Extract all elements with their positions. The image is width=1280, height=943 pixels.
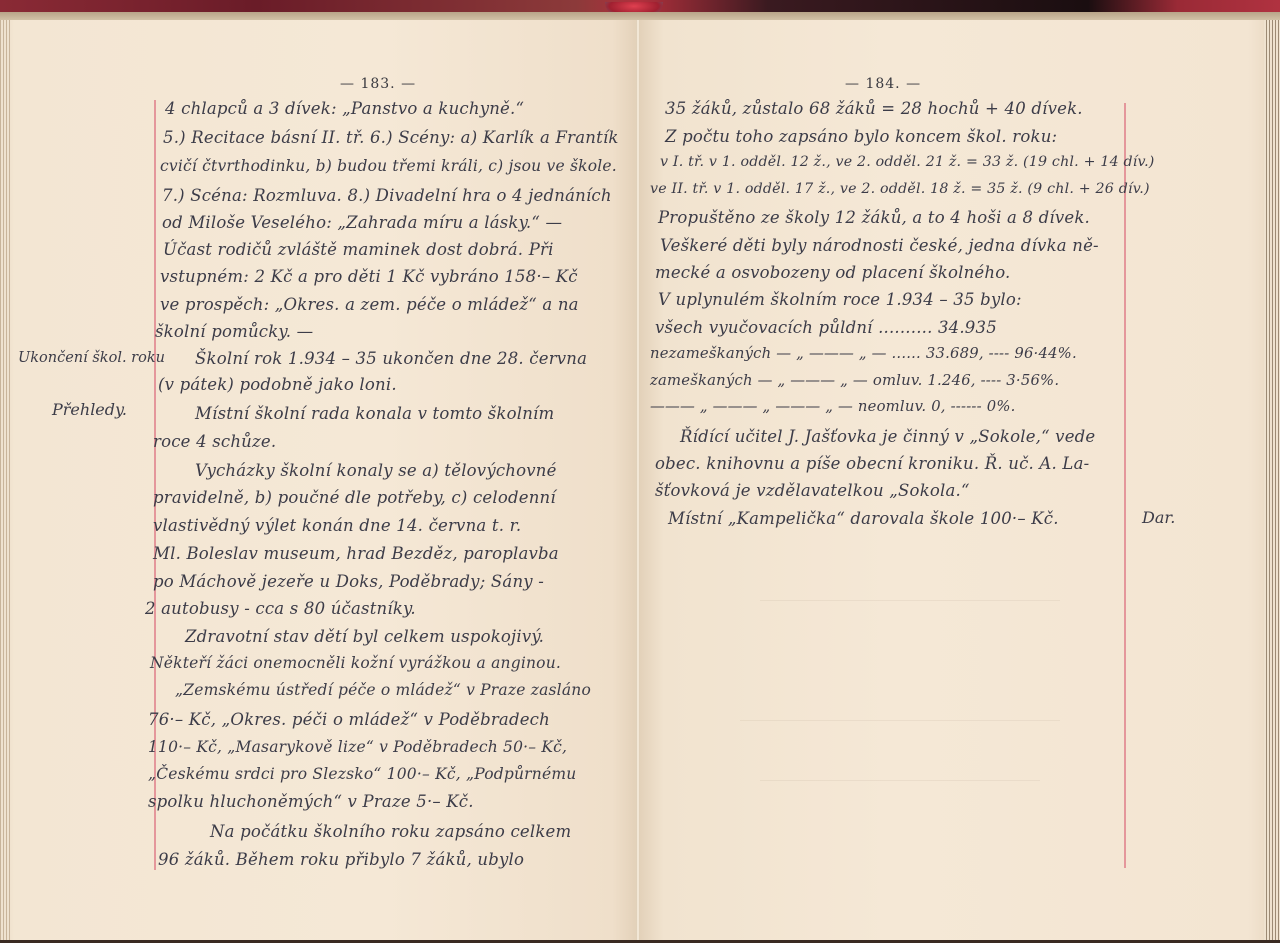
- margin-note: Přehledy.: [52, 400, 127, 419]
- text-line: vlastivědný výlet konán dne 14. června t…: [153, 516, 521, 535]
- text-line: 76·– Kč, „Okres. péči o mládež“ v Poděbr…: [148, 710, 550, 729]
- text-line: spolku hluchoněmých“ v Praze 5·– Kč.: [148, 792, 474, 811]
- text-line: 4 chlapců a 3 dívek: „Panstvo a kuchyně.…: [165, 99, 524, 118]
- margin-note: Dar.: [1142, 508, 1175, 527]
- text-line: ve prospěch: „Okres. a zem. péče o mláde…: [160, 295, 579, 314]
- text-line: V uplynulém školním roce 1.934 – 35 bylo…: [658, 290, 1022, 309]
- text-line: Řídící učitel J. Jašťovka je činný v „So…: [680, 427, 1095, 446]
- text-line: (v pátek) podobně jako loni.: [158, 375, 397, 394]
- left-page-edges: [0, 20, 10, 943]
- text-line: vstupném: 2 Kč a pro děti 1 Kč vybráno 1…: [160, 267, 578, 286]
- text-line: ——— „ ——— „ ——— „ — neomluv. 0, ------ 0…: [650, 398, 1016, 415]
- text-line: po Máchově jezeře u Doks, Poděbrady; Sán…: [153, 572, 544, 591]
- text-line: 7.) Scéna: Rozmluva. 8.) Divadelní hra o…: [162, 186, 612, 205]
- bleed-through-mark: [760, 780, 1040, 781]
- text-line: Účast rodičů zvláště maminek dost dobrá.…: [163, 240, 554, 259]
- text-line: Místní školní rada konala v tomto školní…: [195, 404, 554, 423]
- text-line: v I. tř. v 1. odděl. 12 ž., ve 2. odděl.…: [660, 154, 1155, 170]
- text-line: šťovková je vzdělavatelkou „Sokola.“: [655, 481, 970, 500]
- text-line: 110·– Kč, „Masarykově lize“ v Poděbradec…: [148, 738, 567, 756]
- book-gutter: [636, 20, 640, 943]
- text-line: roce 4 schůze.: [153, 432, 276, 451]
- text-line: nezameškaných — „ ——— „ — ...... 33.689,…: [650, 345, 1077, 362]
- text-line: 96 žáků. Během roku přibylo 7 žáků, ubyl…: [158, 850, 524, 869]
- right-margin-line: [1124, 103, 1126, 868]
- text-line: Zdravotní stav dětí byl celkem uspokojiv…: [185, 627, 544, 646]
- text-line: zameškaných — „ ——— „ — omluv. 1.246, --…: [650, 372, 1059, 389]
- text-line: Vycházky školní konaly se a) tělovýchovn…: [195, 461, 557, 480]
- text-line: 2 autobusy - cca s 80 účastníky.: [145, 599, 416, 618]
- text-line: Z počtu toho zapsáno bylo koncem škol. r…: [665, 127, 1057, 146]
- text-line: Propuštěno ze školy 12 žáků, a to 4 hoši…: [658, 208, 1090, 227]
- text-line: 35 žáků, zůstalo 68 žáků = 28 hochů + 40…: [665, 99, 1083, 118]
- text-line: mecké a osvobozeny od placení školného.: [655, 263, 1011, 282]
- text-line: Veškeré děti byly národnosti české, jedn…: [660, 236, 1099, 255]
- text-line: Na počátku školního roku zapsáno celkem: [210, 822, 571, 841]
- text-line: Ml. Boleslav museum, hrad Bezděz, paropl…: [153, 544, 559, 563]
- bleed-through-mark: [760, 600, 1060, 601]
- text-line: od Miloše Veselého: „Zahrada míru a lásk…: [162, 213, 562, 232]
- right-page-edges: [1264, 20, 1280, 943]
- text-line: „Českému srdci pro Slezsko“ 100·– Kč, „P…: [148, 765, 576, 783]
- page-number-right: — 184. —: [845, 76, 921, 92]
- text-line: 5.) Recitace básní II. tř. 6.) Scény: a)…: [163, 128, 619, 147]
- text-line: „Zemskému ústředí péče o mládež“ v Praze…: [175, 681, 591, 699]
- text-line: cvičí čtvrthodinku, b) budou třemi králi…: [160, 157, 617, 175]
- text-line: Školní rok 1.934 – 35 ukončen dne 28. če…: [195, 349, 587, 368]
- text-line: ve II. tř. v 1. odděl. 17 ž., ve 2. oddě…: [650, 181, 1150, 197]
- text-line: školní pomůcky. —: [155, 322, 313, 341]
- text-line: pravidelně, b) poučné dle potřeby, c) ce…: [153, 488, 556, 507]
- text-line: všech vyučovacích půldní .......... 34.9…: [655, 318, 997, 337]
- text-line: Někteří žáci onemocněli kožní vyrážkou a…: [150, 654, 561, 672]
- margin-note: Ukončení škol. roku: [18, 350, 165, 366]
- text-line: Místní „Kampelička“ darovala škole 100·–…: [668, 509, 1059, 528]
- text-line: obec. knihovnu a píše obecní kroniku. Ř.…: [655, 454, 1089, 473]
- page-number-left: — 183. —: [340, 76, 416, 92]
- bleed-through-mark: [740, 720, 1060, 721]
